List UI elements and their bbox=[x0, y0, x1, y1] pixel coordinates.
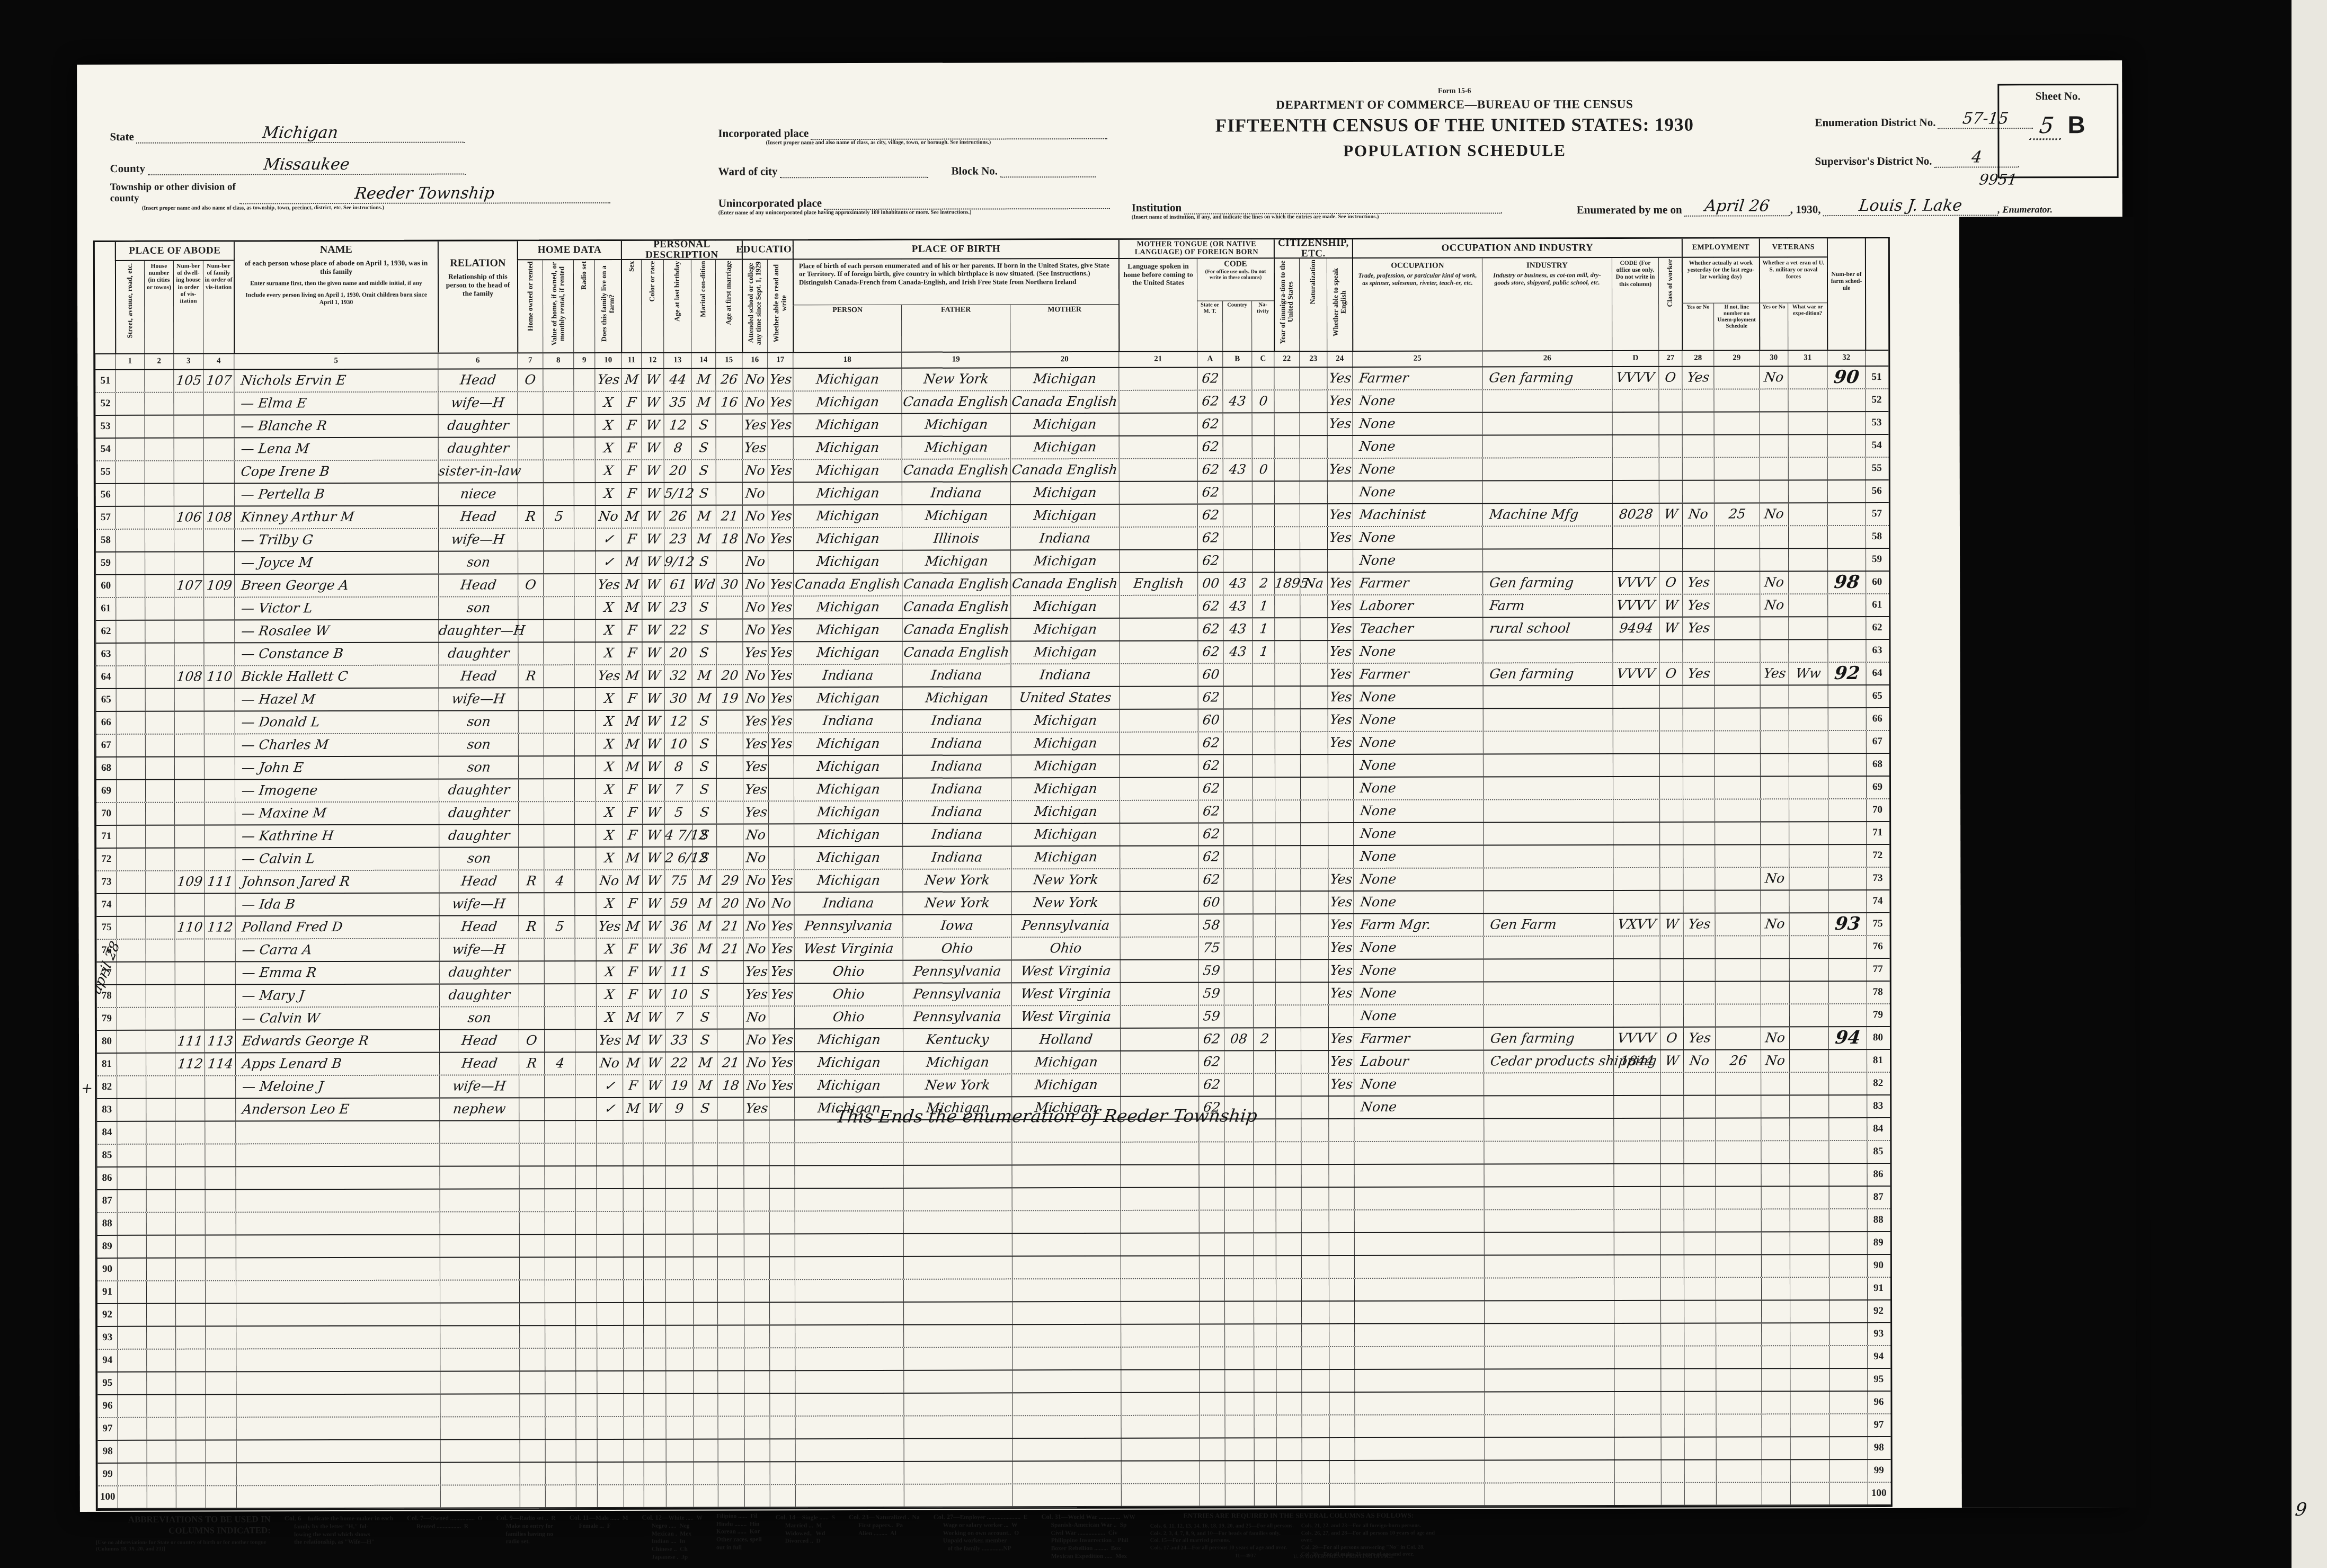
cell-name: Kinney Arthur M bbox=[234, 506, 438, 529]
cell-val bbox=[545, 1326, 575, 1348]
census-row-66: 66— Donald LsonXMW12SYesYesIndianaIndian… bbox=[96, 708, 1889, 735]
cell-cA: 62 bbox=[1197, 505, 1223, 527]
cell-name: Johnson Jared R bbox=[235, 871, 439, 893]
cell-ind bbox=[1484, 1324, 1614, 1346]
cell-read bbox=[769, 1234, 795, 1256]
cell-fam bbox=[205, 1099, 235, 1120]
cell-cls bbox=[1659, 549, 1682, 571]
abbreviation-blocks: Col. 6—Indicate the home-maker in eachfa… bbox=[271, 1512, 1135, 1562]
line-number-87: 87 bbox=[97, 1190, 117, 1212]
cell-cD: VXVV bbox=[1613, 914, 1660, 936]
cell-pob bbox=[795, 1371, 903, 1393]
cell-dwell bbox=[174, 780, 204, 802]
census-row-59: 59— Joyce Mson✓MW9/12SNoMichiganMichigan… bbox=[95, 549, 1889, 575]
cell-fam bbox=[205, 1304, 236, 1325]
cell-pobm bbox=[1012, 1370, 1121, 1392]
cell-street bbox=[117, 985, 146, 1007]
cell-dwell bbox=[174, 461, 203, 483]
cell-cC bbox=[1252, 413, 1274, 435]
cell-sex: M bbox=[622, 734, 642, 755]
cell-imm bbox=[1275, 1051, 1301, 1073]
cell-radio bbox=[575, 1349, 597, 1370]
cell-lang bbox=[1121, 1484, 1200, 1506]
group-band: HOME DATA bbox=[517, 241, 621, 260]
cell-age: 75 bbox=[664, 870, 692, 892]
cell-sex: M bbox=[621, 551, 642, 573]
cell-home: O bbox=[518, 574, 543, 596]
census-sheet: State Michigan County Missaukee Township… bbox=[77, 60, 2125, 1512]
cell-cls bbox=[1659, 709, 1683, 730]
cell-pob bbox=[795, 1348, 903, 1370]
cell-vet: No bbox=[1761, 1050, 1789, 1072]
cell-eng: Yes bbox=[1327, 641, 1353, 663]
cell-house bbox=[146, 1395, 175, 1417]
cell-age: 44 bbox=[663, 369, 691, 391]
cell-lang bbox=[1121, 1370, 1199, 1392]
cell-sch: Yes bbox=[743, 756, 768, 778]
unincorporated-note: (Enter name of any unincorporated place … bbox=[718, 209, 1110, 216]
cell-house bbox=[146, 917, 175, 939]
cell-val bbox=[545, 1394, 575, 1416]
cell-age bbox=[665, 1121, 692, 1143]
cell-age bbox=[665, 1212, 693, 1234]
cell-radio bbox=[576, 1485, 597, 1507]
col-number-cC: C bbox=[1251, 352, 1274, 367]
cell-street bbox=[116, 575, 145, 597]
cell-cB bbox=[1224, 1051, 1253, 1073]
cell-home: R bbox=[519, 916, 544, 938]
cell-read bbox=[770, 1485, 795, 1507]
cell-color: W bbox=[641, 392, 663, 414]
cell-fno bbox=[1827, 594, 1866, 616]
cell-pobf bbox=[903, 1279, 1012, 1301]
cell-pobm: New York bbox=[1011, 892, 1120, 914]
cell-war bbox=[1788, 594, 1827, 616]
cell-occ: None bbox=[1354, 1005, 1484, 1027]
cell-imm bbox=[1274, 641, 1300, 663]
cell-nat bbox=[1301, 1302, 1329, 1323]
cell-house bbox=[145, 735, 174, 756]
cell-sch: Yes bbox=[743, 984, 769, 1005]
cell-unemp: 25 bbox=[1714, 503, 1760, 525]
cell-cD bbox=[1613, 1073, 1660, 1095]
cell-nat bbox=[1301, 1028, 1328, 1050]
cell-cls bbox=[1660, 1142, 1683, 1163]
cell-agem bbox=[716, 460, 742, 482]
cell-cC bbox=[1254, 1233, 1276, 1255]
cell-farm: No bbox=[595, 506, 621, 528]
cell-dwell: 108 bbox=[174, 666, 204, 688]
cell-ind bbox=[1484, 1187, 1614, 1209]
cell-ind bbox=[1484, 1096, 1613, 1118]
cell-lang bbox=[1119, 459, 1197, 481]
cell-cB bbox=[1223, 664, 1253, 685]
cell-cA: 62 bbox=[1197, 528, 1223, 549]
cell-fam: 113 bbox=[205, 1030, 235, 1052]
cell-unemp bbox=[1715, 1164, 1761, 1186]
cell-ind bbox=[1482, 390, 1612, 412]
cell-fam: 107 bbox=[203, 370, 234, 391]
cell-sch: No bbox=[742, 391, 767, 413]
cell-pob: Michigan bbox=[794, 870, 902, 892]
cell-fam bbox=[205, 1190, 236, 1211]
cell-street bbox=[117, 1236, 146, 1258]
cell-read: Yes bbox=[769, 938, 794, 960]
cell-read: Yes bbox=[768, 619, 793, 641]
cell-cls bbox=[1660, 1278, 1684, 1300]
cell-name: — Victor L bbox=[234, 598, 438, 620]
cell-fno: 92 bbox=[1828, 663, 1866, 684]
cell-pobm bbox=[1012, 1348, 1121, 1369]
cell-read: Yes bbox=[768, 665, 794, 687]
col-number-cA: A bbox=[1197, 352, 1222, 367]
header-col-ln bbox=[95, 242, 115, 353]
cell-cls bbox=[1659, 754, 1683, 776]
cell-farm bbox=[596, 1144, 623, 1165]
cell-val: 4 bbox=[544, 1053, 575, 1074]
cell-cA: 59 bbox=[1198, 983, 1224, 1005]
cell-name bbox=[236, 1395, 440, 1417]
cell-dwell bbox=[174, 644, 203, 665]
cell-agem bbox=[716, 414, 742, 436]
cell-imm bbox=[1276, 1438, 1302, 1460]
cell-fam bbox=[205, 1395, 236, 1416]
census-row-87: 8787 bbox=[97, 1187, 1890, 1213]
cell-street bbox=[116, 826, 145, 848]
cell-cD bbox=[1613, 1119, 1660, 1141]
cell-val bbox=[544, 1144, 575, 1165]
cell-farm bbox=[597, 1371, 623, 1393]
cell-nat bbox=[1301, 1233, 1329, 1255]
cell-fam bbox=[206, 1486, 236, 1508]
abbr-block: Col. 6—Indicate the home-maker in eachfa… bbox=[285, 1513, 393, 1562]
cell-agem bbox=[716, 847, 743, 869]
cell-lang bbox=[1118, 368, 1197, 390]
cell-street bbox=[116, 758, 145, 779]
cell-vet bbox=[1760, 458, 1788, 479]
line-number-88: 88 bbox=[97, 1213, 117, 1235]
cell-work bbox=[1683, 1096, 1715, 1118]
line-number-100: 100 bbox=[1868, 1483, 1890, 1504]
cell-pobm bbox=[1012, 1416, 1121, 1438]
cell-unemp bbox=[1715, 754, 1760, 776]
cell-sch: Yes bbox=[742, 642, 768, 664]
cell-agem: 29 bbox=[716, 870, 743, 892]
cell-val bbox=[543, 392, 573, 414]
cell-dwell bbox=[175, 1350, 205, 1371]
cell-pobf: New York bbox=[901, 368, 1010, 390]
cell-house bbox=[145, 849, 174, 870]
cell-dwell bbox=[174, 416, 203, 438]
state-value: Michigan bbox=[262, 123, 340, 142]
cell-vet bbox=[1761, 982, 1789, 1003]
cell-agem bbox=[717, 961, 743, 983]
cell-cC bbox=[1252, 527, 1274, 549]
cell-vet bbox=[1760, 822, 1789, 844]
cell-sex bbox=[623, 1280, 643, 1302]
cell-unemp bbox=[1714, 435, 1760, 457]
cell-fam bbox=[203, 484, 234, 505]
cell-pobf: Illinois bbox=[902, 528, 1010, 549]
cell-vet bbox=[1761, 1073, 1789, 1094]
cell-lang bbox=[1120, 801, 1198, 823]
cell-color bbox=[643, 1144, 665, 1165]
sheet-value: 5 bbox=[2029, 112, 2064, 140]
census-row-65: 65— Hazel Mwife—HXFW30M19NoYesMichiganMi… bbox=[96, 685, 1889, 712]
cell-color bbox=[643, 1121, 665, 1143]
cell-lang bbox=[1119, 642, 1197, 663]
cell-ind bbox=[1484, 1278, 1614, 1300]
line-number-58: 58 bbox=[1866, 526, 1888, 548]
cell-street bbox=[116, 712, 145, 734]
cell-dwell bbox=[174, 712, 204, 734]
cell-home bbox=[519, 1121, 544, 1143]
sheet-letter: B bbox=[2067, 111, 2085, 138]
cell-cB bbox=[1223, 482, 1252, 503]
cell-lang bbox=[1120, 733, 1198, 754]
cell-occ: None bbox=[1353, 549, 1482, 572]
cell-val bbox=[544, 665, 574, 687]
cell-street bbox=[117, 1054, 146, 1075]
cell-occ bbox=[1354, 1278, 1484, 1300]
cell-pob: Michigan bbox=[794, 824, 902, 846]
cell-house bbox=[145, 689, 174, 711]
cell-radio bbox=[574, 893, 596, 915]
cell-cB bbox=[1223, 550, 1252, 572]
cell-fam bbox=[206, 1440, 236, 1462]
cell-agem bbox=[717, 1211, 744, 1233]
line-number-83: 83 bbox=[1867, 1095, 1889, 1117]
col-number-street: 1 bbox=[115, 354, 144, 369]
cell-read: Yes bbox=[769, 1052, 794, 1074]
cell-nat bbox=[1301, 1142, 1328, 1164]
cell-val bbox=[544, 893, 574, 915]
cell-war bbox=[1790, 1414, 1829, 1436]
cell-unemp bbox=[1713, 367, 1759, 388]
cell-war bbox=[1790, 1232, 1829, 1254]
cell-work: Yes bbox=[1683, 1028, 1715, 1049]
cell-color: W bbox=[642, 870, 664, 892]
cell-agem: 16 bbox=[715, 391, 742, 413]
cell-age: 2 6/12 bbox=[664, 848, 692, 869]
cell-fno bbox=[1827, 389, 1865, 411]
cell-cls bbox=[1661, 1460, 1684, 1482]
cell-radio bbox=[575, 1212, 597, 1234]
line-number-63: 63 bbox=[95, 644, 116, 665]
cell-cA bbox=[1199, 1234, 1224, 1255]
cell-rel: daughter bbox=[439, 961, 519, 983]
cell-ind bbox=[1484, 1392, 1614, 1414]
cell-sex bbox=[623, 1303, 643, 1325]
cell-house bbox=[145, 803, 174, 825]
cell-pobf bbox=[903, 1188, 1012, 1210]
col-number-unemp: 29 bbox=[1713, 351, 1759, 366]
cell-rel: wife—H bbox=[438, 529, 518, 550]
cell-radio bbox=[574, 848, 596, 869]
cell-pob: Michigan bbox=[794, 756, 902, 778]
cell-farm: X bbox=[596, 1007, 623, 1029]
cell-unemp bbox=[1716, 1300, 1761, 1322]
cell-ind bbox=[1482, 413, 1612, 435]
cell-fno bbox=[1828, 845, 1866, 867]
cell-pobm: Michigan bbox=[1011, 710, 1120, 732]
cell-mar: S bbox=[692, 961, 717, 983]
cell-age: 12 bbox=[664, 415, 691, 436]
col-number-age: 13 bbox=[663, 353, 691, 368]
cell-sch: No bbox=[742, 369, 767, 390]
cell-pobf: Iowa bbox=[903, 915, 1011, 937]
line-number-91: 91 bbox=[1867, 1278, 1889, 1299]
cell-color bbox=[644, 1463, 666, 1484]
cell-radio bbox=[575, 1166, 597, 1188]
cell-sch: Yes bbox=[742, 414, 768, 436]
census-row-91: 9191 bbox=[97, 1278, 1890, 1304]
census-row-89: 8989 bbox=[97, 1232, 1890, 1259]
cell-cls bbox=[1659, 777, 1683, 799]
cell-eng: Yes bbox=[1328, 869, 1353, 890]
county-label: County bbox=[110, 162, 146, 175]
cell-name: Apps Lenard B bbox=[235, 1053, 439, 1075]
cell-cls bbox=[1660, 1255, 1684, 1277]
cell-home bbox=[519, 1349, 545, 1370]
cell-color: W bbox=[642, 438, 664, 459]
cell-work: Yes bbox=[1682, 367, 1713, 389]
cell-fam bbox=[204, 894, 235, 915]
cell-lang bbox=[1120, 755, 1198, 777]
cell-imm bbox=[1275, 892, 1300, 913]
cell-unemp bbox=[1716, 1460, 1762, 1482]
abbr-block: Col. 7—Owned ................ ORented ..… bbox=[407, 1513, 483, 1562]
cell-name bbox=[236, 1326, 440, 1349]
cell-val bbox=[543, 597, 574, 619]
line-number-53: 53 bbox=[1866, 412, 1888, 434]
cell-pob: Michigan bbox=[793, 505, 902, 527]
cell-cD bbox=[1613, 1142, 1660, 1163]
cell-dwell bbox=[175, 1168, 205, 1189]
cell-home bbox=[519, 1280, 545, 1302]
cell-color: W bbox=[643, 939, 665, 960]
cell-name: Bickle Hallett C bbox=[235, 666, 439, 688]
cell-age: 23 bbox=[664, 597, 691, 619]
group-desc: Whether actually at work yesterday (or t… bbox=[1682, 257, 1759, 303]
cell-eng bbox=[1329, 1461, 1355, 1483]
cell-read bbox=[769, 1394, 795, 1415]
cell-occ: Farmer bbox=[1352, 367, 1482, 389]
cell-val bbox=[545, 1463, 576, 1484]
cell-pob: Michigan bbox=[794, 733, 902, 755]
cell-nat bbox=[1300, 732, 1328, 754]
cell-occ: None bbox=[1354, 1096, 1484, 1118]
cell-cC: 1 bbox=[1252, 595, 1274, 617]
line-number-78: 78 bbox=[1867, 982, 1889, 1003]
cell-val bbox=[545, 1166, 575, 1188]
cell-cD bbox=[1613, 732, 1659, 753]
cell-pob bbox=[795, 1416, 903, 1438]
cell-farm: ✓ bbox=[596, 1098, 623, 1120]
cell-sch: No bbox=[743, 915, 769, 937]
cell-cC bbox=[1254, 1347, 1276, 1369]
cell-fno bbox=[1829, 1300, 1867, 1322]
cell-cA: 60 bbox=[1198, 710, 1223, 732]
cell-cB bbox=[1223, 732, 1253, 754]
line-number-84: 84 bbox=[96, 1122, 117, 1144]
cell-war bbox=[1789, 1164, 1828, 1186]
cell-cls: O bbox=[1658, 367, 1682, 389]
abbreviations-note: [Use no abbreviations for State or count… bbox=[96, 1539, 271, 1553]
cell-house bbox=[147, 1464, 176, 1485]
cell-nat bbox=[1301, 937, 1328, 959]
cell-cD bbox=[1613, 686, 1659, 708]
cell-farm bbox=[597, 1258, 623, 1279]
cell-dwell bbox=[174, 621, 203, 643]
line-number-68: 68 bbox=[96, 758, 116, 779]
cell-home bbox=[518, 893, 544, 915]
incorporated-field: Incorporated place (Insert proper name a… bbox=[718, 126, 1107, 146]
cell-street bbox=[116, 644, 145, 665]
cell-work: Yes bbox=[1682, 595, 1714, 617]
cell-pobf bbox=[903, 1143, 1011, 1164]
cell-occ bbox=[1354, 1369, 1484, 1392]
cell-ind bbox=[1484, 1369, 1614, 1392]
cell-cls bbox=[1659, 868, 1683, 890]
township-label: Township or other division of county bbox=[110, 182, 237, 204]
cell-fno bbox=[1828, 799, 1866, 821]
cell-mar bbox=[694, 1463, 718, 1484]
cell-occ bbox=[1355, 1460, 1485, 1483]
cell-occ bbox=[1354, 1324, 1484, 1346]
cell-house bbox=[145, 712, 174, 734]
cell-name: Nichols Ervin E bbox=[234, 370, 438, 392]
cell-fam bbox=[204, 803, 235, 824]
cell-occ: None bbox=[1353, 686, 1483, 708]
cell-age: 33 bbox=[665, 1030, 692, 1052]
cell-imm bbox=[1275, 732, 1300, 754]
cell-work bbox=[1682, 390, 1713, 412]
cell-eng: Yes bbox=[1328, 732, 1353, 754]
cell-cB: 08 bbox=[1224, 1028, 1253, 1050]
cell-imm bbox=[1274, 413, 1300, 435]
line-number-56: 56 bbox=[95, 484, 116, 506]
line-number-94: 94 bbox=[1867, 1346, 1889, 1368]
cell-sex: F bbox=[621, 483, 642, 505]
cell-mar: M bbox=[692, 665, 716, 687]
cell-house bbox=[145, 575, 174, 597]
cell-pob: Michigan bbox=[794, 779, 902, 800]
cell-eng bbox=[1329, 1233, 1354, 1255]
col-number-farm: 10 bbox=[594, 353, 621, 368]
cell-rel: son bbox=[439, 1007, 519, 1029]
cell-occ: None bbox=[1353, 800, 1483, 822]
cell-lang bbox=[1119, 550, 1197, 572]
col-number-sex: 11 bbox=[621, 353, 641, 368]
cell-fno bbox=[1829, 1414, 1867, 1436]
cell-sch bbox=[743, 1120, 769, 1142]
cell-street bbox=[117, 1031, 146, 1053]
cell-sex bbox=[623, 1258, 643, 1279]
cell-radio bbox=[575, 1053, 596, 1074]
cell-vet: No bbox=[1761, 1027, 1789, 1049]
cell-occ bbox=[1354, 1233, 1484, 1255]
cell-house bbox=[144, 370, 173, 392]
cell-rel bbox=[440, 1349, 519, 1370]
cell-unemp bbox=[1715, 777, 1760, 798]
cell-cC bbox=[1253, 914, 1275, 936]
line-number-59: 59 bbox=[95, 553, 116, 574]
cell-pob: Michigan bbox=[793, 391, 901, 413]
cell-eng bbox=[1329, 1210, 1354, 1232]
cell-sex: M bbox=[622, 665, 642, 687]
cell-pobm: Michigan bbox=[1010, 596, 1119, 618]
